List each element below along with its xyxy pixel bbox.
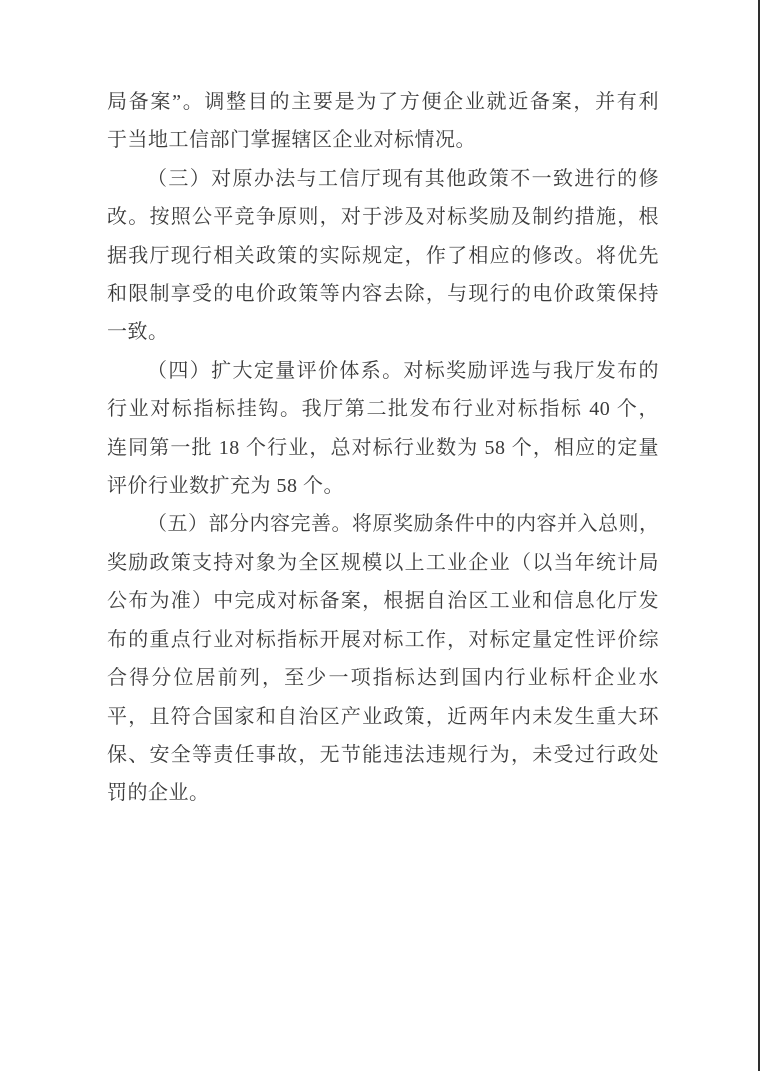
text-line: 奖励政策支持对象为全区规模以上工业企业（以当年统计局 (107, 544, 659, 582)
document-page: 局备案”。调整目的主要是为了方便企业就近备案，并有利 于当地工信部门掌握辖区企业… (0, 0, 763, 1071)
text-line: 公布为准）中完成对标备案，根据自治区工业和信息化厅发 (107, 582, 659, 620)
text-line: 据我厅现行相关政策的实际规定，作了相应的修改。将优先 (107, 237, 659, 275)
text-line: 和限制享受的电价政策等内容去除，与现行的电价政策保持 (107, 275, 659, 313)
text-line: 合得分位居前列，至少一项指标达到国内行业标杆企业水 (107, 659, 659, 697)
text-line: （三）对原办法与工信厅现有其他政策不一致进行的修 (107, 160, 659, 198)
text-line: 评价行业数扩充为 58 个。 (107, 467, 659, 505)
text-line: 一致。 (107, 313, 659, 351)
text-line: 保、安全等责任事故，无节能违法违规行为，未受过行政处 (107, 736, 659, 774)
text-line: 于当地工信部门掌握辖区企业对标情况。 (107, 121, 659, 159)
text-line: 连同第一批 18 个行业，总对标行业数为 58 个，相应的定量 (107, 429, 659, 467)
text-line: 改。按照公平竞争原则，对于涉及对标奖励及制约措施，根 (107, 198, 659, 236)
text-line: 局备案”。调整目的主要是为了方便企业就近备案，并有利 (107, 83, 659, 121)
paragraph-continuation: 局备案”。调整目的主要是为了方便企业就近备案，并有利 于当地工信部门掌握辖区企业… (107, 83, 659, 160)
text-line: 罚的企业。 (107, 774, 659, 812)
page-edge-line (758, 0, 760, 1071)
text-line: 平，且符合国家和自治区产业政策，近两年内未发生重大环 (107, 698, 659, 736)
paragraph-item-five: （五）部分内容完善。将原奖励条件中的内容并入总则， 奖励政策支持对象为全区规模以… (107, 505, 659, 812)
paragraph-item-three: （三）对原办法与工信厅现有其他政策不一致进行的修 改。按照公平竞争原则，对于涉及… (107, 160, 659, 352)
document-body-text: 局备案”。调整目的主要是为了方便企业就近备案，并有利 于当地工信部门掌握辖区企业… (107, 83, 659, 813)
text-line: 布的重点行业对标指标开展对标工作，对标定量定性评价综 (107, 621, 659, 659)
text-line: （五）部分内容完善。将原奖励条件中的内容并入总则， (107, 505, 659, 543)
text-line: （四）扩大定量评价体系。对标奖励评选与我厅发布的 (107, 352, 659, 390)
text-line: 行业对标指标挂钩。我厅第二批发布行业对标指标 40 个， (107, 390, 659, 428)
paragraph-item-four: （四）扩大定量评价体系。对标奖励评选与我厅发布的 行业对标指标挂钩。我厅第二批发… (107, 352, 659, 506)
